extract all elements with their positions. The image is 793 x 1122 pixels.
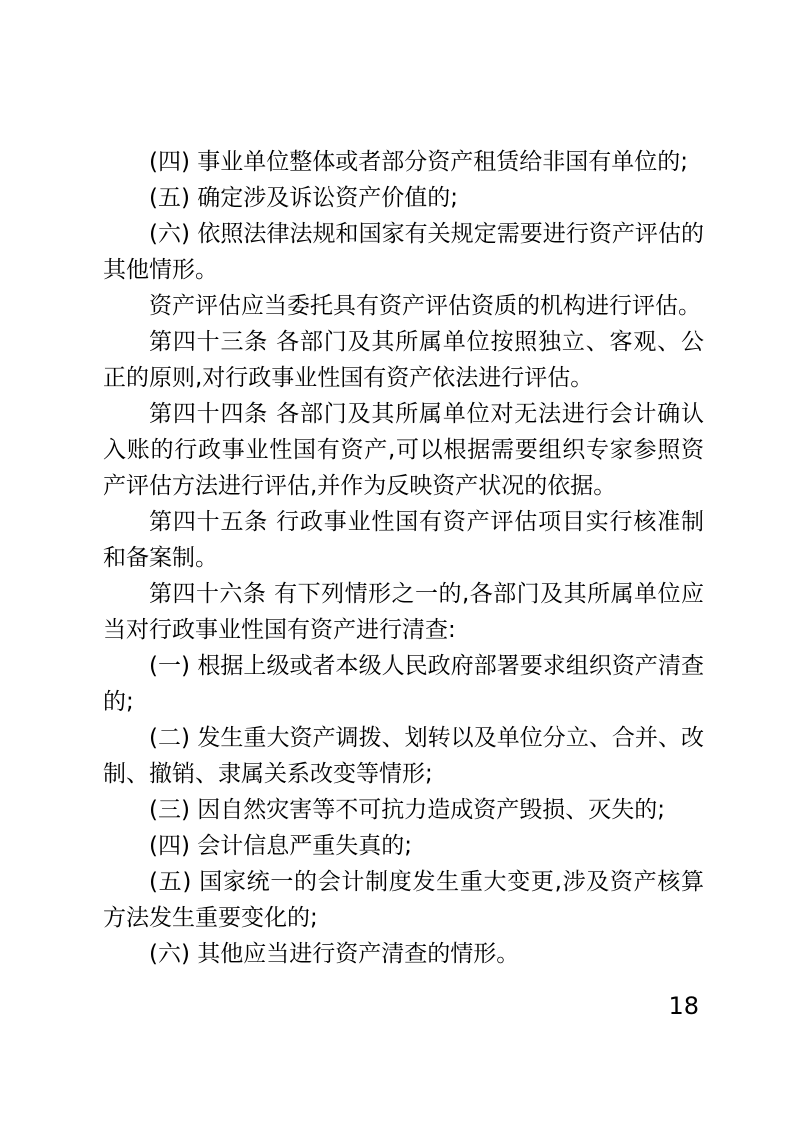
paragraph-item-6-other: (六) 依照法律法规和国家有关规定需要进行资产评估的其他情形。 xyxy=(103,216,704,288)
paragraph-item-1-inventory: (一) 根据上级或者本级人民政府部署要求组织资产清查的; xyxy=(103,648,704,720)
document-body: (四) 事业单位整体或者部分资产租赁给非国有单位的; (五) 确定涉及诉讼资产价… xyxy=(103,144,704,972)
page-number: 18 xyxy=(668,991,699,1021)
paragraph-item-4-lease: (四) 事业单位整体或者部分资产租赁给非国有单位的; xyxy=(103,144,704,180)
paragraph-article-43: 第四十三条 各部门及其所属单位按照独立、客观、公正的原则,对行政事业性国有资产依… xyxy=(103,324,704,396)
paragraph-article-45: 第四十五条 行政事业性国有资产评估项目实行核准制和备案制。 xyxy=(103,504,704,576)
paragraph-article-46: 第四十六条 有下列情形之一的,各部门及其所属单位应当对行政事业性国有资产进行清查… xyxy=(103,576,704,648)
paragraph-entrust-appraisal: 资产评估应当委托具有资产评估资质的机构进行评估。 xyxy=(103,288,704,324)
paragraph-item-6-other-inventory: (六) 其他应当进行资产清查的情形。 xyxy=(103,936,704,972)
paragraph-item-2-transfer: (二) 发生重大资产调拨、划转以及单位分立、合并、改制、撤销、隶属关系改变等情形… xyxy=(103,720,704,792)
paragraph-item-5-litigation: (五) 确定涉及诉讼资产价值的; xyxy=(103,180,704,216)
paragraph-item-3-disaster: (三) 因自然灾害等不可抗力造成资产毁损、灭失的; xyxy=(103,792,704,828)
paragraph-item-4-accounting: (四) 会计信息严重失真的; xyxy=(103,828,704,864)
document-page: (四) 事业单位整体或者部分资产租赁给非国有单位的; (五) 确定涉及诉讼资产价… xyxy=(0,0,793,1122)
paragraph-article-44: 第四十四条 各部门及其所属单位对无法进行会计确认入账的行政事业性国有资产,可以根… xyxy=(103,396,704,504)
paragraph-item-5-system-change: (五) 国家统一的会计制度发生重大变更,涉及资产核算方法发生重要变化的; xyxy=(103,864,704,936)
